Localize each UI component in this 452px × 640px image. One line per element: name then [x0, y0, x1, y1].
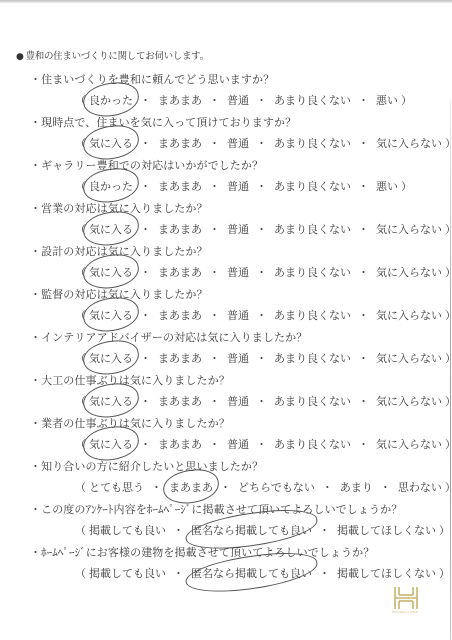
- answer-option[interactable]: 掲載してほしくない: [337, 522, 436, 538]
- answer-option[interactable]: 普通: [227, 178, 249, 194]
- option-separator: ・: [256, 393, 267, 409]
- answer-options: （気に入る・まあまあ・普通・あまり良くない・気に入らない）: [72, 350, 452, 366]
- answer-option[interactable]: 思わない: [398, 479, 442, 495]
- close-paren: ）: [401, 178, 412, 194]
- question-text: ・ﾎｰﾑﾍﾟｰｼﾞにお客様の建物を掲載させて頂いてよろしいでしょうか？: [30, 544, 374, 560]
- answer-option-selected[interactable]: 気に入る: [89, 264, 133, 280]
- question-text: ・現時点で、住まいを気に入って頂けておりますか？: [30, 114, 296, 130]
- answer-option-selected[interactable]: 気に入る: [89, 221, 133, 237]
- question-text: ・インテリアアドバイザーの対応は気に入りましたか？: [30, 329, 307, 345]
- option-separator: ・: [256, 92, 267, 108]
- section-header-text: 豊和の住まいづくりに関してお伺いします。: [26, 51, 209, 62]
- close-paren: ）: [439, 522, 450, 538]
- close-paren: ）: [445, 307, 452, 323]
- answer-options: （良かった・まあまあ・普通・あまり良くない・悪い）: [72, 92, 415, 108]
- option-separator: ・: [140, 393, 151, 409]
- option-separator: ・: [140, 307, 151, 323]
- answer-options: （気に入る・まあまあ・普通・あまり良くない・気に入らない）: [72, 135, 452, 151]
- close-paren: ）: [445, 479, 452, 495]
- answer-option[interactable]: 悪い: [376, 92, 398, 108]
- answer-option[interactable]: あまり良くない: [274, 221, 351, 237]
- answer-option[interactable]: まあまあ: [158, 178, 202, 194]
- scan-top-edge: [0, 0, 452, 3]
- close-paren: ）: [445, 393, 452, 409]
- close-paren: ）: [445, 350, 452, 366]
- answer-option[interactable]: まあまあ: [158, 436, 202, 452]
- answer-option[interactable]: あまり良くない: [274, 350, 351, 366]
- answer-option[interactable]: あまり良くない: [274, 393, 351, 409]
- option-separator: ・: [319, 565, 330, 581]
- option-separator: ・: [256, 135, 267, 151]
- answer-option-selected[interactable]: 気に入る: [89, 135, 133, 151]
- question-text: ・ギャラリー豊和での対応はいかがでしたか？: [30, 157, 263, 173]
- option-separator: ・: [209, 307, 220, 323]
- close-paren: ）: [445, 135, 452, 151]
- question-text: ・この度のｱﾝｹｰﾄ内容をﾎｰﾑﾍﾟｰｼﾞに掲載させて頂いてよろしいでしょうか？: [30, 501, 402, 517]
- answer-option[interactable]: 普通: [227, 393, 249, 409]
- answer-option[interactable]: まあまあ: [158, 92, 202, 108]
- option-separator: ・: [358, 178, 369, 194]
- answer-option[interactable]: まあまあ: [158, 264, 202, 280]
- answer-option-selected[interactable]: 気に入る: [89, 350, 133, 366]
- bullet-icon: ●: [16, 52, 24, 62]
- question-text: ・住まいづくりを豊和に頼んでどう思いますか？: [30, 71, 274, 87]
- answer-option[interactable]: どちらでもない: [238, 479, 315, 495]
- answer-option-selected[interactable]: 良かった: [89, 178, 133, 194]
- option-separator: ・: [209, 92, 220, 108]
- option-separator: ・: [140, 350, 151, 366]
- answer-option[interactable]: まあまあ: [158, 221, 202, 237]
- answer-option[interactable]: 普通: [227, 221, 249, 237]
- answer-option[interactable]: 気に入らない: [376, 135, 442, 151]
- answer-option[interactable]: 気に入らない: [376, 264, 442, 280]
- option-separator: ・: [173, 522, 184, 538]
- answer-option[interactable]: 気に入らない: [376, 350, 442, 366]
- option-separator: ・: [380, 479, 391, 495]
- option-separator: ・: [256, 350, 267, 366]
- option-separator: ・: [140, 264, 151, 280]
- close-paren: ）: [445, 221, 452, 237]
- option-separator: ・: [173, 565, 184, 581]
- option-separator: ・: [319, 522, 330, 538]
- answer-option[interactable]: 掲載しても良い: [89, 522, 166, 538]
- scan-right-edge: [450, 100, 451, 640]
- answer-options: （気に入る・まあまあ・普通・あまり良くない・気に入らない）: [72, 307, 452, 323]
- answer-option[interactable]: とても思う: [89, 479, 144, 495]
- option-separator: ・: [220, 479, 231, 495]
- answer-options: （掲載しても良い・匿名なら掲載しても良い・掲載してほしくない）: [72, 522, 452, 538]
- company-logo-icon: [393, 585, 419, 611]
- option-separator: ・: [358, 264, 369, 280]
- option-separator: ・: [209, 436, 220, 452]
- option-separator: ・: [256, 436, 267, 452]
- answer-option[interactable]: あまり: [340, 479, 373, 495]
- open-paren: （: [75, 565, 86, 581]
- answer-option[interactable]: 普通: [227, 135, 249, 151]
- answer-option[interactable]: 普通: [227, 436, 249, 452]
- answer-options: （気に入る・まあまあ・普通・あまり良くない・気に入らない）: [72, 436, 452, 452]
- answer-option[interactable]: あまり良くない: [274, 178, 351, 194]
- option-separator: ・: [140, 436, 151, 452]
- answer-option[interactable]: まあまあ: [158, 307, 202, 323]
- answer-options: （気に入る・まあまあ・普通・あまり良くない・気に入らない）: [72, 264, 452, 280]
- answer-option-selected[interactable]: 匿名なら掲載しても良い: [191, 565, 312, 581]
- option-separator: ・: [209, 135, 220, 151]
- close-paren: ）: [445, 436, 452, 452]
- option-separator: ・: [358, 307, 369, 323]
- close-paren: ）: [401, 92, 412, 108]
- answer-options: （良かった・まあまあ・普通・あまり良くない・悪い）: [72, 178, 415, 194]
- option-separator: ・: [209, 221, 220, 237]
- answer-option[interactable]: あまり良くない: [274, 264, 351, 280]
- answer-option[interactable]: まあまあ: [158, 350, 202, 366]
- option-separator: ・: [358, 350, 369, 366]
- answer-option[interactable]: あまり良くない: [274, 92, 351, 108]
- answer-option[interactable]: 気に入らない: [376, 221, 442, 237]
- logo-caption: HOUWA LIVING: [392, 610, 418, 614]
- option-separator: ・: [358, 221, 369, 237]
- answer-option[interactable]: まあまあ: [158, 135, 202, 151]
- answer-option[interactable]: 気に入らない: [376, 436, 442, 452]
- option-separator: ・: [209, 393, 220, 409]
- answer-option-selected[interactable]: 気に入る: [89, 307, 133, 323]
- option-separator: ・: [358, 135, 369, 151]
- answer-option[interactable]: 気に入らない: [376, 307, 442, 323]
- question-text: ・知り合いの方に紹介したいと思いましたか？: [30, 458, 263, 474]
- option-separator: ・: [209, 264, 220, 280]
- answer-option-selected[interactable]: 気に入る: [89, 393, 133, 409]
- option-separator: ・: [322, 479, 333, 495]
- option-separator: ・: [358, 92, 369, 108]
- answer-options: （掲載しても良い・匿名なら掲載しても良い・掲載してほしくない）: [72, 565, 452, 581]
- answer-option[interactable]: 普通: [227, 350, 249, 366]
- answer-option[interactable]: 普通: [227, 264, 249, 280]
- answer-option[interactable]: あまり良くない: [274, 135, 351, 151]
- open-paren: （: [75, 522, 86, 538]
- answer-option[interactable]: あまり良くない: [274, 307, 351, 323]
- answer-option[interactable]: 掲載しても良い: [89, 565, 166, 581]
- answer-option[interactable]: 悪い: [376, 178, 398, 194]
- option-separator: ・: [358, 436, 369, 452]
- option-separator: ・: [209, 178, 220, 194]
- answer-options: （気に入る・まあまあ・普通・あまり良くない・気に入らない）: [72, 393, 452, 409]
- answer-option-selected[interactable]: 気に入る: [89, 436, 133, 452]
- option-separator: ・: [140, 135, 151, 151]
- option-separator: ・: [140, 178, 151, 194]
- answer-option-selected[interactable]: 匿名なら掲載しても良い: [191, 522, 312, 538]
- option-separator: ・: [256, 307, 267, 323]
- close-paren: ）: [445, 264, 452, 280]
- option-separator: ・: [256, 221, 267, 237]
- answer-options: （とても思う・まあまあ・どちらでもない・あまり・思わない）: [72, 479, 452, 495]
- option-separator: ・: [140, 221, 151, 237]
- option-separator: ・: [256, 264, 267, 280]
- answer-option-selected[interactable]: 良かった: [89, 92, 133, 108]
- option-separator: ・: [140, 92, 151, 108]
- option-separator: ・: [256, 178, 267, 194]
- open-paren: （: [75, 479, 86, 495]
- answer-option[interactable]: 普通: [227, 92, 249, 108]
- option-separator: ・: [358, 393, 369, 409]
- answer-option[interactable]: 気に入らない: [376, 393, 442, 409]
- option-separator: ・: [209, 350, 220, 366]
- answer-option[interactable]: 掲載してほしくない: [337, 565, 436, 581]
- option-separator: ・: [151, 479, 162, 495]
- answer-option[interactable]: あまり良くない: [274, 436, 351, 452]
- close-paren: ）: [439, 565, 450, 581]
- answer-option[interactable]: まあまあ: [158, 393, 202, 409]
- answer-options: （気に入る・まあまあ・普通・あまり良くない・気に入らない）: [72, 221, 452, 237]
- answer-option-selected[interactable]: まあまあ: [169, 479, 213, 495]
- answer-option[interactable]: 普通: [227, 307, 249, 323]
- survey-section-header: ●豊和の住まいづくりに関してお伺いします。: [16, 48, 209, 62]
